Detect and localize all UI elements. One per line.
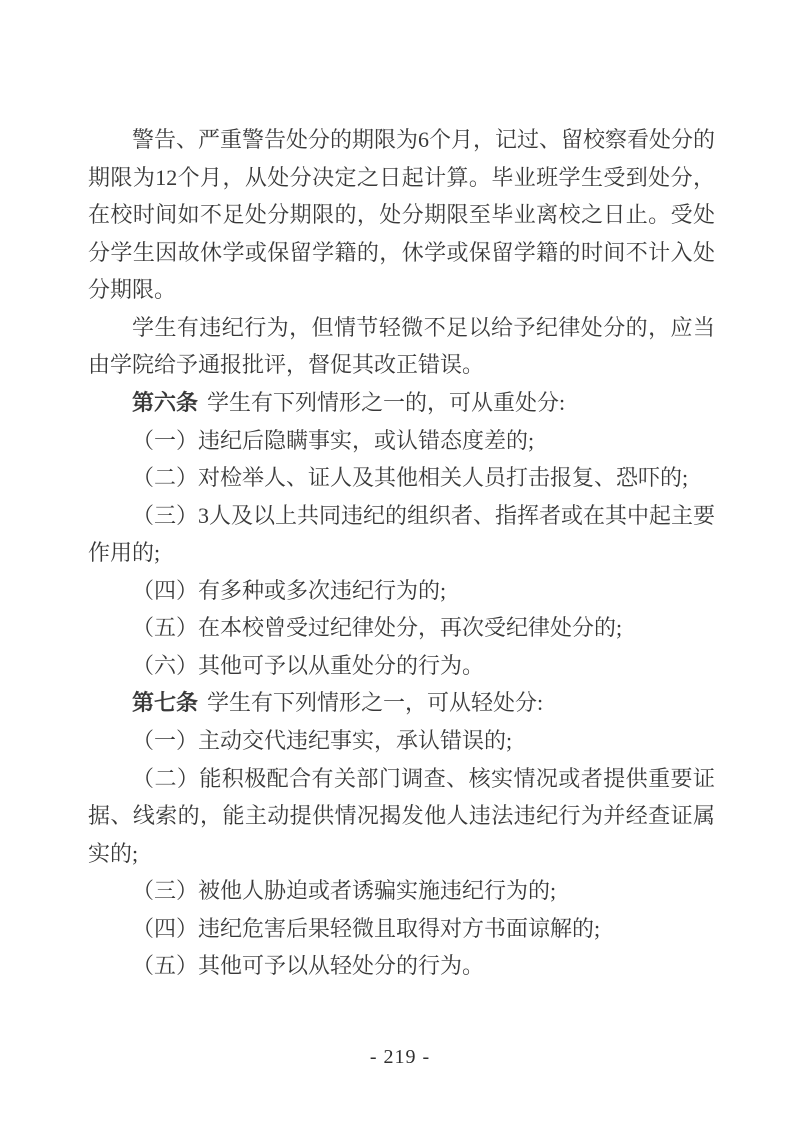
doc-line: （六）其他可予以从重处分的行为。 (88, 647, 715, 685)
doc-line: （四）违纪危害后果轻微且取得对方书面谅解的; (88, 910, 715, 948)
doc-line-article-7: 第七条学生有下列情形之一，可从轻处分: (88, 684, 715, 722)
article-number-label: 第六条 (132, 390, 198, 415)
doc-line: 学生有违纪行为，但情节轻微不足以给予纪律处分的，应当 (88, 309, 715, 347)
doc-line: 作用的; (88, 534, 715, 572)
doc-line: （一）主动交代违纪事实，承认错误的; (88, 722, 715, 760)
doc-line-article-6: 第六条学生有下列情形之一的，可从重处分: (88, 384, 715, 422)
doc-line: 据、线索的，能主动提供情况揭发他人违法违纪行为并经查证属 (88, 797, 715, 835)
doc-line: 期限为12个月，从处分决定之日起计算。毕业班学生受到处分， (88, 159, 715, 197)
doc-line: （三）被他人胁迫或者诱骗实施违纪行为的; (88, 872, 715, 910)
article-number-label: 第七条 (132, 690, 198, 715)
doc-line: （三）3人及以上共同违纪的组织者、指挥者或在其中起主要 (88, 497, 715, 535)
article-text: 学生有下列情形之一，可从轻处分: (207, 690, 543, 715)
doc-line: 实的; (88, 835, 715, 873)
page-number: - 219 - (0, 1046, 800, 1069)
doc-line: 由学院给予通报批评，督促其改正错误。 (88, 346, 715, 384)
doc-line: （五）在本校曾受过纪律处分，再次受纪律处分的; (88, 609, 715, 647)
doc-line: 分期限。 (88, 271, 715, 309)
doc-line: （四）有多种或多次违纪行为的; (88, 572, 715, 610)
doc-line: （二）能积极配合有关部门调查、核实情况或者提供重要证 (88, 760, 715, 798)
article-text: 学生有下列情形之一的，可从重处分: (207, 390, 565, 415)
doc-line: 在校时间如不足处分期限的，处分期限至毕业离校之日止。受处 (88, 196, 715, 234)
doc-line: 分学生因故休学或保留学籍的，休学或保留学籍的时间不计入处 (88, 234, 715, 272)
doc-line: （二）对检举人、证人及其他相关人员打击报复、恐吓的; (88, 459, 715, 497)
doc-line: （一）违纪后隐瞒事实，或认错态度差的; (88, 422, 715, 460)
document-body: 警告、严重警告处分的期限为6个月，记过、留校察看处分的 期限为12个月，从处分决… (88, 121, 715, 985)
doc-line: 警告、严重警告处分的期限为6个月，记过、留校察看处分的 (88, 121, 715, 159)
doc-line: （五）其他可予以从轻处分的行为。 (88, 947, 715, 985)
